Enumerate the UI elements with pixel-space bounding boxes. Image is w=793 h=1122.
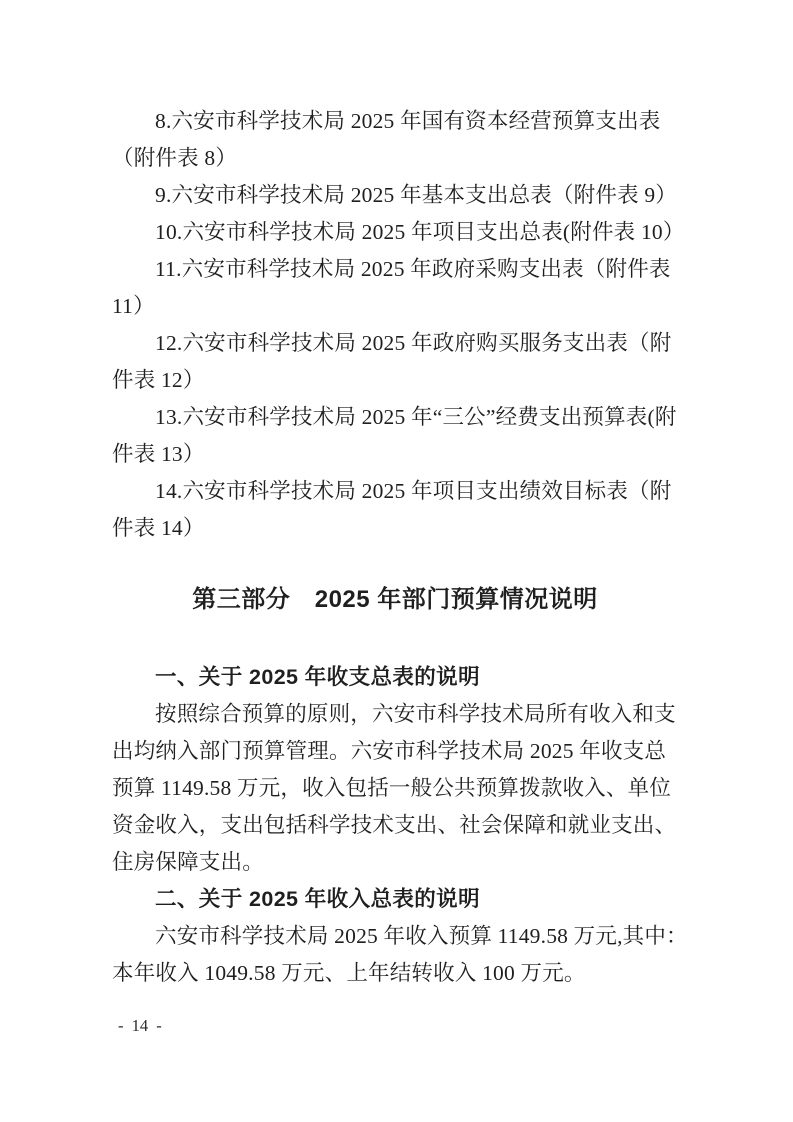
subsection-heading: 二、关于 2025 年收入总表的说明: [112, 881, 678, 918]
text-line: 9.六安市科学技术局 2025 年基本支出总表（附件表 9）: [112, 177, 678, 214]
page-content: 8.六安市科学技术局 2025 年国有资本经营预算支出表 （附件表 8） 9.六…: [112, 103, 678, 992]
text-line: 11.六安市科学技术局 2025 年政府采购支出表（附件表: [112, 251, 678, 288]
attachment-item-11: 11.六安市科学技术局 2025 年政府采购支出表（附件表 11）: [112, 251, 678, 325]
attachment-item-10: 10.六安市科学技术局 2025 年项目支出总表(附件表 10）: [112, 214, 678, 251]
text-line: 按照综合预算的原则，六安市科学技术局所有收入和支: [112, 696, 678, 733]
text-line: 11）: [112, 288, 678, 325]
attachment-item-14: 14.六安市科学技术局 2025 年项目支出绩效目标表（附 件表 14）: [112, 473, 678, 547]
text-line: 出均纳入部门预算管理。六安市科学技术局 2025 年收支总: [112, 733, 678, 770]
document-page: 8.六安市科学技术局 2025 年国有资本经营预算支出表 （附件表 8） 9.六…: [0, 0, 793, 1122]
section-heading: 第三部分 2025 年部门预算情况说明: [112, 578, 678, 622]
text-line: 8.六安市科学技术局 2025 年国有资本经营预算支出表: [112, 103, 678, 140]
attachment-item-13: 13.六安市科学技术局 2025 年“三公”经费支出预算表(附 件表 13）: [112, 399, 678, 473]
text-line: 10.六安市科学技术局 2025 年项目支出总表(附件表 10）: [112, 214, 678, 251]
text-line: 住房保障支出。: [112, 844, 678, 881]
text-line: 件表 12）: [112, 362, 678, 399]
text-line: 件表 14）: [112, 510, 678, 547]
text-line: 13.六安市科学技术局 2025 年“三公”经费支出预算表(附: [112, 399, 678, 436]
attachment-item-12: 12.六安市科学技术局 2025 年政府购买服务支出表（附 件表 12）: [112, 325, 678, 399]
attachment-item-9: 9.六安市科学技术局 2025 年基本支出总表（附件表 9）: [112, 177, 678, 214]
text-line: 本年收入 1049.58 万元、上年结转收入 100 万元。: [112, 955, 678, 992]
text-line: 12.六安市科学技术局 2025 年政府购买服务支出表（附: [112, 325, 678, 362]
page-number: - 14 -: [118, 1014, 162, 1038]
attachment-item-8: 8.六安市科学技术局 2025 年国有资本经营预算支出表 （附件表 8）: [112, 103, 678, 177]
subsection-heading: 一、关于 2025 年收支总表的说明: [112, 659, 678, 696]
text-line: 六安市科学技术局 2025 年收入预算 1149.58 万元,其中：: [112, 918, 678, 955]
text-line: 14.六安市科学技术局 2025 年项目支出绩效目标表（附: [112, 473, 678, 510]
subsection-income: 二、关于 2025 年收入总表的说明 六安市科学技术局 2025 年收入预算 1…: [112, 881, 678, 992]
text-line: （附件表 8）: [112, 140, 678, 177]
text-line: 件表 13）: [112, 436, 678, 473]
text-line: 预算 1149.58 万元，收入包括一般公共预算拨款收入、单位: [112, 770, 678, 807]
text-line: 资金收入，支出包括科学技术支出、社会保障和就业支出、: [112, 807, 678, 844]
subsection-income-expenditure: 一、关于 2025 年收支总表的说明 按照综合预算的原则，六安市科学技术局所有收…: [112, 659, 678, 881]
